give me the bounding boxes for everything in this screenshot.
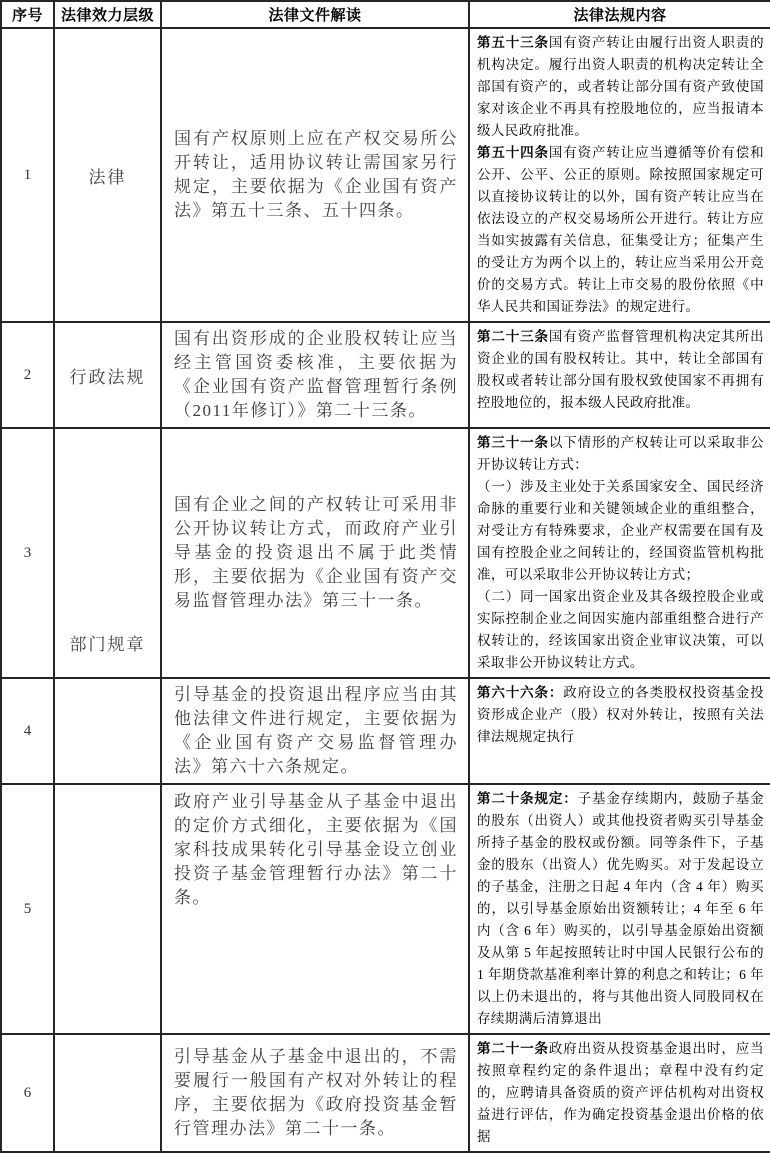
cell-content: 第六十六条：政府设立的各类股权投资基金投资形成企业产（股）权对外转让，按照有关法… <box>469 678 770 784</box>
cell-interpretation: 引导基金的投资退出程序应当由其他法律文件进行规定，主要依据为《企业国有资产交易监… <box>161 678 469 784</box>
cell-interpretation: 国有出资形成的企业股权转让应当经主管国资委核准，主要依据为《企业国有资产监督管理… <box>161 322 469 428</box>
regulation-paragraph: （一）涉及主业处于关系国家安全、国民经济命脉的重要行业和关键领域企业的重组整合，… <box>477 476 764 586</box>
article-number: 第六十六条： <box>477 685 563 700</box>
article-number: 第五十三条 <box>477 35 549 50</box>
col-header-serial: 序号 <box>1 1 54 28</box>
article-number: 第三十一条 <box>477 435 549 450</box>
regulation-paragraph: 第二十三条国有资产监督管理机构决定其所出资企业的国有股权转让。其中，转让全部国有… <box>477 326 764 414</box>
cell-level <box>54 678 161 784</box>
table-row: 3 部门规章 国有企业之间的产权转让可采用非公开协议转让方式，而政府产业引导基金… <box>1 428 770 678</box>
col-header-level: 法律效力层级 <box>54 1 161 28</box>
article-number: 第二十一条 <box>477 1041 549 1056</box>
article-number: 第二十条规定： <box>477 791 578 806</box>
regulation-paragraph: 第六十六条：政府设立的各类股权投资基金投资形成企业产（股）权对外转让，按照有关法… <box>477 682 764 748</box>
cell-interpretation: 国有企业之间的产权转让可采用非公开协议转让方式，而政府产业引导基金的投资退出不属… <box>161 428 469 678</box>
cell-level <box>54 1034 161 1152</box>
regulation-paragraph: 第三十一条以下情形的产权转让可以采取非公开协议转让方式： <box>477 432 764 476</box>
cell-interpretation: 国有产权原则上应在产权交易所公开转让，适用协议转让需国家另行规定，主要依据为《企… <box>161 28 469 322</box>
cell-level: 部门规章 <box>54 428 161 678</box>
cell-serial: 6 <box>1 1034 54 1152</box>
cell-content: 第三十一条以下情形的产权转让可以采取非公开协议转让方式：（一）涉及主业处于关系国… <box>469 428 770 678</box>
cell-content: 第二十一条政府出资从投资基金退出时，应当按照章程约定的条件退出；章程中没有约定的… <box>469 1034 770 1152</box>
cell-serial: 3 <box>1 428 54 678</box>
legal-regulations-table: 序号法律效力层级法律文件解读法律法规内容 1 法律 国有产权原则上应在产权交易所… <box>0 0 770 1153</box>
cell-serial: 5 <box>1 784 54 1034</box>
regulation-paragraph: （二）同一国家出资企业及其各级控股企业或实际控制企业之间因实施内部重组整合进行产… <box>477 586 764 674</box>
cell-serial: 2 <box>1 322 54 428</box>
cell-content: 第二十三条国有资产监督管理机构决定其所出资企业的国有股权转让。其中，转让全部国有… <box>469 322 770 428</box>
cell-serial: 1 <box>1 28 54 322</box>
table-row: 1 法律 国有产权原则上应在产权交易所公开转让，适用协议转让需国家另行规定，主要… <box>1 28 770 322</box>
table-row: 5 政府产业引导基金从子基金中退出的定价方式细化，主要依据为《国家科技成果转化引… <box>1 784 770 1034</box>
regulation-paragraph: 第五十三条国有资产转让由履行出资人职责的机构决定。履行出资人职责的机构决定转让全… <box>477 32 764 142</box>
table-row: 6 引导基金从子基金中退出的，不需要履行一般国有产权对外转让的程序，主要依据为《… <box>1 1034 770 1152</box>
regulation-paragraph: 第二十条规定：子基金存续期内，鼓励子基金的股东（出资人）或其他投资者购买引导基金… <box>477 788 764 1030</box>
cell-level <box>54 784 161 1034</box>
cell-content: 第二十条规定：子基金存续期内，鼓励子基金的股东（出资人）或其他投资者购买引导基金… <box>469 784 770 1034</box>
header-row: 序号法律效力层级法律文件解读法律法规内容 <box>1 1 770 28</box>
table-row: 4 引导基金的投资退出程序应当由其他法律文件进行规定，主要依据为《企业国有资产交… <box>1 678 770 784</box>
table-row: 2 行政法规 国有出资形成的企业股权转让应当经主管国资委核准，主要依据为《企业国… <box>1 322 770 428</box>
cell-interpretation: 引导基金从子基金中退出的，不需要履行一般国有产权对外转让的程序，主要依据为《政府… <box>161 1034 469 1152</box>
cell-interpretation: 政府产业引导基金从子基金中退出的定价方式细化，主要依据为《国家科技成果转化引导基… <box>161 784 469 1034</box>
regulation-paragraph: 第二十一条政府出资从投资基金退出时，应当按照章程约定的条件退出；章程中没有约定的… <box>477 1038 764 1148</box>
article-number: 第五十四条 <box>477 145 549 160</box>
regulation-paragraph: 第五十四条国有资产转让应当遵循等价有偿和公开、公平、公正的原则。除按照国家规定可… <box>477 142 764 318</box>
cell-content: 第五十三条国有资产转让由履行出资人职责的机构决定。履行出资人职责的机构决定转让全… <box>469 28 770 322</box>
article-number: 第二十三条 <box>477 329 549 344</box>
cell-level: 法律 <box>54 28 161 322</box>
cell-serial: 4 <box>1 678 54 784</box>
cell-level: 行政法规 <box>54 322 161 428</box>
col-header-content: 法律法规内容 <box>469 1 770 28</box>
table-body: 1 法律 国有产权原则上应在产权交易所公开转让，适用协议转让需国家另行规定，主要… <box>1 28 770 1152</box>
col-header-interpretation: 法律文件解读 <box>161 1 469 28</box>
